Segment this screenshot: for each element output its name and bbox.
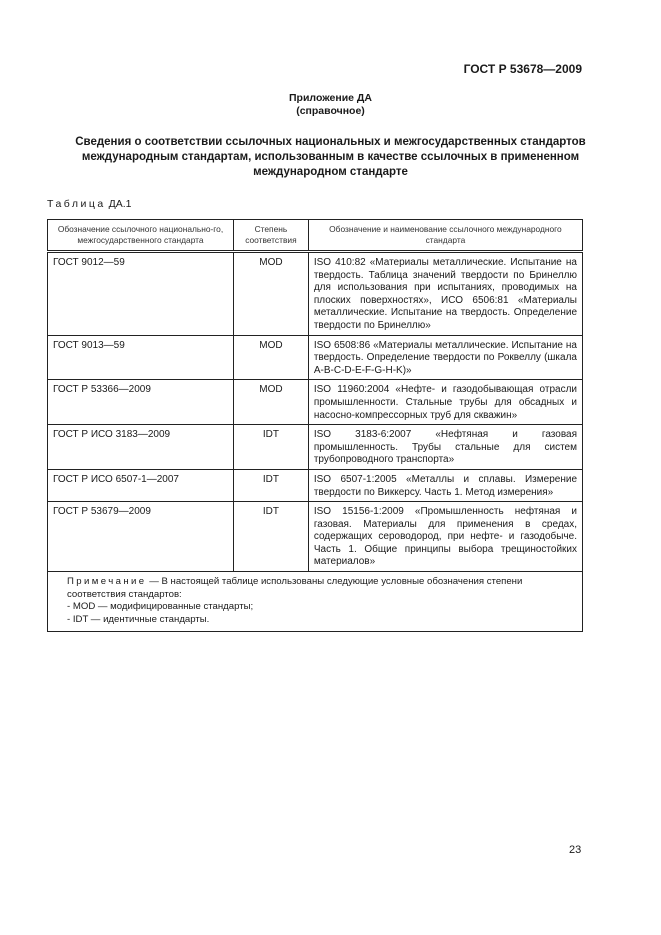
- section-title: Сведения о соответствии ссылочных национ…: [60, 135, 601, 180]
- international-standard-cell: ISO 11960:2004 «Нефте- и газодобывающая …: [308, 380, 582, 425]
- table-row: ГОСТ Р 53366—2009 MOD ISO 11960:2004 «Не…: [48, 380, 583, 425]
- national-standard-cell: ГОСТ 9012—59: [48, 252, 234, 336]
- table-note: Примечание — В настоящей таблице использ…: [48, 572, 583, 632]
- degree-cell: IDT: [234, 469, 309, 501]
- national-standard-cell: ГОСТ 9013—59: [48, 335, 234, 380]
- document-code: ГОСТ Р 53678—2009: [464, 62, 582, 76]
- annex-title: Приложение ДА: [0, 92, 661, 105]
- column-header-national: Обозначение ссылочного национально-го, м…: [48, 220, 234, 252]
- table-row: ГОСТ Р ИСО 3183—2009 IDT ISO 3183-6:2007…: [48, 425, 583, 470]
- note-label: Примечание: [67, 576, 147, 587]
- column-header-degree: Степень соответствия: [234, 220, 309, 252]
- table-row: ГОСТ 9013—59 MOD ISO 6508:86 «Материалы …: [48, 335, 583, 380]
- degree-cell: MOD: [234, 335, 309, 380]
- international-standard-cell: ISO 410:82 «Материалы металлические. Исп…: [308, 252, 582, 336]
- international-standard-cell: ISO 3183-6:2007 «Нефтяная и газовая пром…: [308, 425, 582, 470]
- correspondence-table: Обозначение ссылочного национально-го, м…: [47, 219, 583, 632]
- note-intro: Примечание — В настоящей таблице использ…: [53, 576, 577, 601]
- page-number: 23: [569, 844, 581, 856]
- note-item: - IDT — идентичные стандарты.: [53, 614, 577, 627]
- national-standard-cell: ГОСТ Р ИСО 3183—2009: [48, 425, 234, 470]
- annex-subtitle: (справочное): [0, 105, 661, 118]
- degree-cell: MOD: [234, 252, 309, 336]
- national-standard-cell: ГОСТ Р ИСО 6507-1—2007: [48, 469, 234, 501]
- degree-cell: IDT: [234, 502, 309, 572]
- table-row: ГОСТ 9012—59 MOD ISO 410:82 «Материалы м…: [48, 252, 583, 336]
- table-label: Таблица ДА.1: [47, 198, 131, 210]
- table-header-row: Обозначение ссылочного национально-го, м…: [48, 220, 583, 252]
- degree-cell: MOD: [234, 380, 309, 425]
- table-label-word: Таблица: [47, 198, 106, 210]
- national-standard-cell: ГОСТ Р 53366—2009: [48, 380, 234, 425]
- international-standard-cell: ISO 6507-1:2005 «Металлы и сплавы. Измер…: [308, 469, 582, 501]
- national-standard-cell: ГОСТ Р 53679—2009: [48, 502, 234, 572]
- table-note-row: Примечание — В настоящей таблице использ…: [48, 572, 583, 632]
- column-header-international: Обозначение и наименование ссылочного ме…: [308, 220, 582, 252]
- degree-cell: IDT: [234, 425, 309, 470]
- international-standard-cell: ISO 6508:86 «Материалы металлические. Ис…: [308, 335, 582, 380]
- table-row: ГОСТ Р 53679—2009 IDT ISO 15156-1:2009 «…: [48, 502, 583, 572]
- annex-heading: Приложение ДА (справочное): [0, 92, 661, 118]
- note-item: - MOD — модифицированные стандарты;: [53, 601, 577, 614]
- international-standard-cell: ISO 15156-1:2009 «Промышленность нефтяна…: [308, 502, 582, 572]
- table-row: ГОСТ Р ИСО 6507-1—2007 IDT ISO 6507-1:20…: [48, 469, 583, 501]
- table-label-number: ДА.1: [106, 198, 132, 210]
